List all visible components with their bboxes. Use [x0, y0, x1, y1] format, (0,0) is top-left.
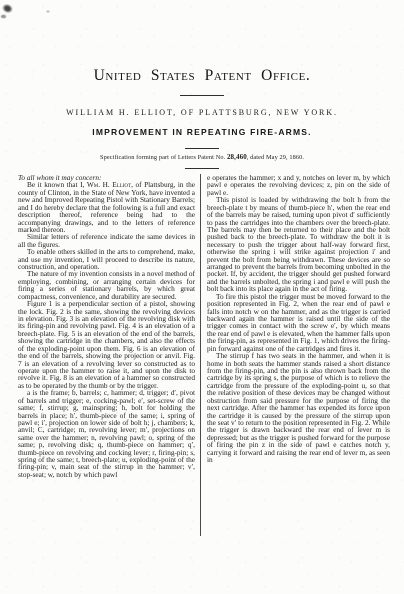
paragraph-firing: To fire this pistol the trigger must be …: [207, 293, 390, 352]
patent-number: 28,460: [227, 153, 247, 161]
paragraph-similar-letters: Similar letters of reference indicate th…: [18, 233, 195, 248]
spec-suffix: , dated May 29, 1860.: [247, 154, 304, 161]
spec-prefix: Specification forming part of Letters Pa…: [100, 154, 227, 161]
intro-text: , of Plattsburg, in the county of Clinto…: [18, 180, 195, 234]
divider-rule: [185, 168, 219, 169]
divider-rule: [185, 148, 219, 149]
paragraph-enable-others: To enable others skilled in the arts to …: [18, 248, 195, 270]
divider-rule: [180, 95, 224, 96]
page-title: United States Patent Office.: [0, 66, 404, 86]
intro-paragraph: Be it known that I, Wm. H. Elliot, of Pl…: [18, 181, 195, 233]
specification-body: To all whom it may concern: Be it known …: [0, 174, 404, 536]
paragraph-reference-letters-continued: e operates the hammer; x and y, notches …: [207, 174, 390, 196]
patent-document-page: United States Patent Office. WILLIAM H. …: [0, 0, 404, 594]
paragraph-nature-of-invention: The nature of my invention consists in a…: [18, 270, 195, 300]
paragraph-loading: This pistol is loaded by withdrawing the…: [207, 196, 390, 292]
inventor-byline: WILLIAM H. ELLIOT, OF PLATTSBURG, NEW YO…: [0, 108, 404, 118]
left-column: To all whom it may concern: Be it known …: [18, 174, 195, 536]
scan-smudge: [0, 14, 7, 19]
specification-line: Specification forming part of Letters Pa…: [0, 153, 404, 162]
paragraph-reference-letters: a is the frame; b, barrels; c, hammer; d…: [18, 389, 195, 478]
paragraph-stirrup: The stirrup f has two seats in the hamme…: [207, 352, 390, 463]
column-divider: [200, 174, 201, 536]
scan-smudge: [1, 2, 15, 15]
patent-header: United States Patent Office. WILLIAM H. …: [0, 66, 404, 169]
scan-smudge: [46, 10, 50, 13]
right-column: e operates the hammer; x and y, notches …: [207, 174, 390, 536]
paragraph-figure-list: Figure 1 is a perpendicular section of a…: [18, 300, 195, 389]
invention-title: IMPROVEMENT IN REPEATING FIRE-ARMS.: [0, 127, 404, 137]
